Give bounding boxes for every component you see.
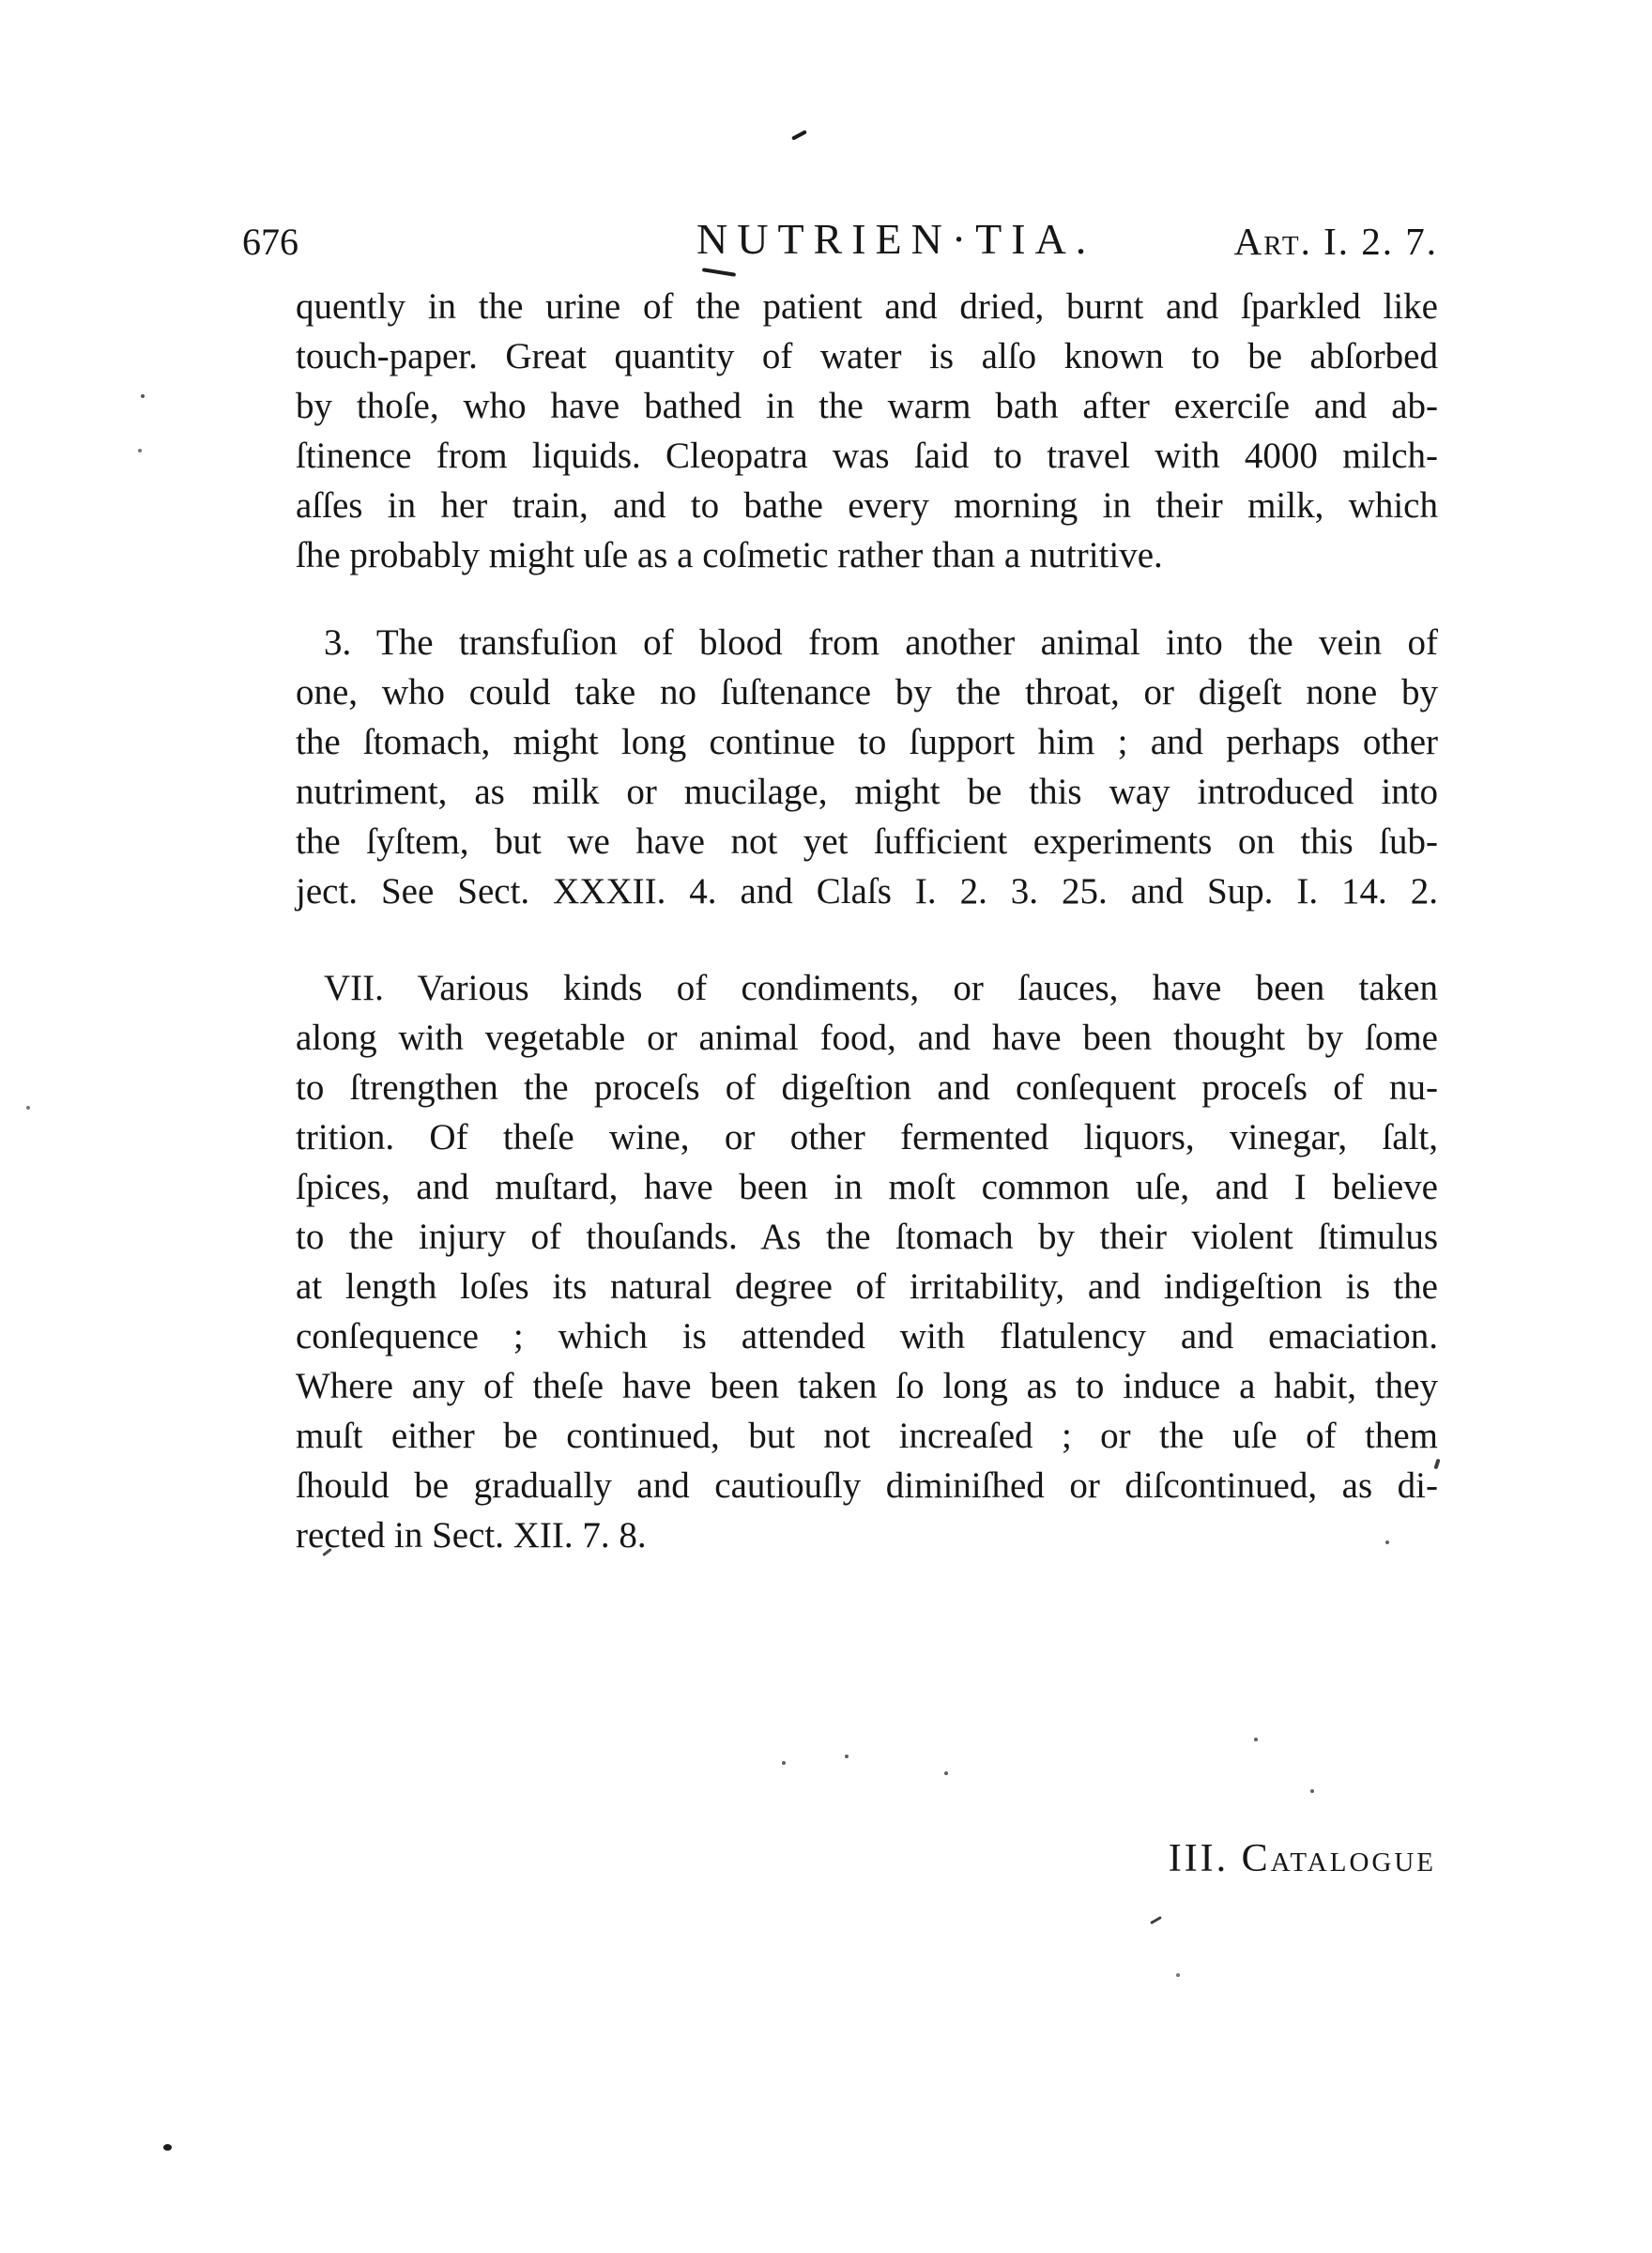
text-line: the ſyſtem, but we have not yet ſufficie… (296, 817, 1438, 866)
text-line: ſtinence from liquids. Cleopatra was ſai… (296, 431, 1438, 481)
text-line: ject. See Sect. XXXII. 4. and Claſs I. 2… (296, 866, 1438, 916)
scan-artifact (163, 2144, 172, 2151)
text-line: along with vegetable or animal food, and… (296, 1013, 1438, 1063)
text-line: ſpices, and muſtard, have been in moſt c… (296, 1162, 1438, 1212)
text-line: 3. The transfuſion of blood from another… (296, 618, 1438, 667)
text-line: by thoſe, who have bathed in the warm ba… (296, 381, 1438, 431)
text-line: VII. Various kinds of condiments, or ſau… (296, 963, 1438, 1013)
text-block: quently in the urine of the patient and … (296, 282, 1438, 1560)
text-line: to ſtrengthen the proceſs of digeſtion a… (296, 1063, 1438, 1112)
text-line: ſhe probably might uſe as a coſmetic rat… (296, 530, 1438, 580)
paragraph: quently in the urine of the patient and … (296, 282, 1438, 580)
text-line: to the injury of thouſands. As the ſtoma… (296, 1212, 1438, 1262)
text-line: trition. Of theſe wine, or other ferment… (296, 1112, 1438, 1162)
catchword: III. Catalogue (1169, 1836, 1436, 1881)
text-line: Where any of theſe have been taken ſo lo… (296, 1361, 1438, 1411)
text-line: rected in Sect. XII. 7. 8. (296, 1510, 1438, 1560)
page-number: 676 (242, 222, 298, 263)
text-line: touch-paper. Great quantity of water is … (296, 331, 1438, 381)
scan-artifact (1310, 1789, 1314, 1793)
scan-artifact (782, 1761, 786, 1765)
book-page: 676 NUTRIEN·TIA. Art. I. 2. 7. quently i… (0, 0, 1652, 2253)
text-line: nutriment, as milk or mucilage, might be… (296, 767, 1438, 817)
scan-artifact (141, 394, 145, 398)
scan-artifact (26, 1106, 30, 1110)
text-line: at length loſes its natural degree of ir… (296, 1262, 1438, 1311)
paragraph: 3. The transfuſion of blood from another… (296, 618, 1438, 916)
text-line: one, who could take no ſuſtenance by the… (296, 667, 1438, 717)
scan-artifact (1254, 1738, 1258, 1741)
paragraph: VII. Various kinds of condiments, or ſau… (296, 963, 1438, 1560)
scan-artifact (138, 449, 142, 452)
text-line: conſequence ; which is attended with fla… (296, 1311, 1438, 1361)
text-line: quently in the urine of the patient and … (296, 282, 1438, 331)
text-line: the ſtomach, might long continue to ſupp… (296, 717, 1438, 767)
text-line: ſhould be gradually and cautiouſly dimin… (296, 1461, 1438, 1510)
text-line: muſt either be continued, but not increa… (296, 1411, 1438, 1461)
scan-artifact (702, 268, 736, 277)
text-line: aſſes in her train, and to bathe every m… (296, 481, 1438, 530)
running-title: NUTRIEN·TIA. (696, 216, 1095, 263)
article-reference: Art. I. 2. 7. (1234, 220, 1438, 263)
scan-artifact (1176, 1973, 1180, 1977)
scan-artifact (1385, 1540, 1389, 1544)
scan-artifact (1150, 1916, 1162, 1924)
scan-artifact (845, 1755, 849, 1758)
scan-artifact (791, 130, 807, 141)
scan-artifact (944, 1771, 948, 1775)
